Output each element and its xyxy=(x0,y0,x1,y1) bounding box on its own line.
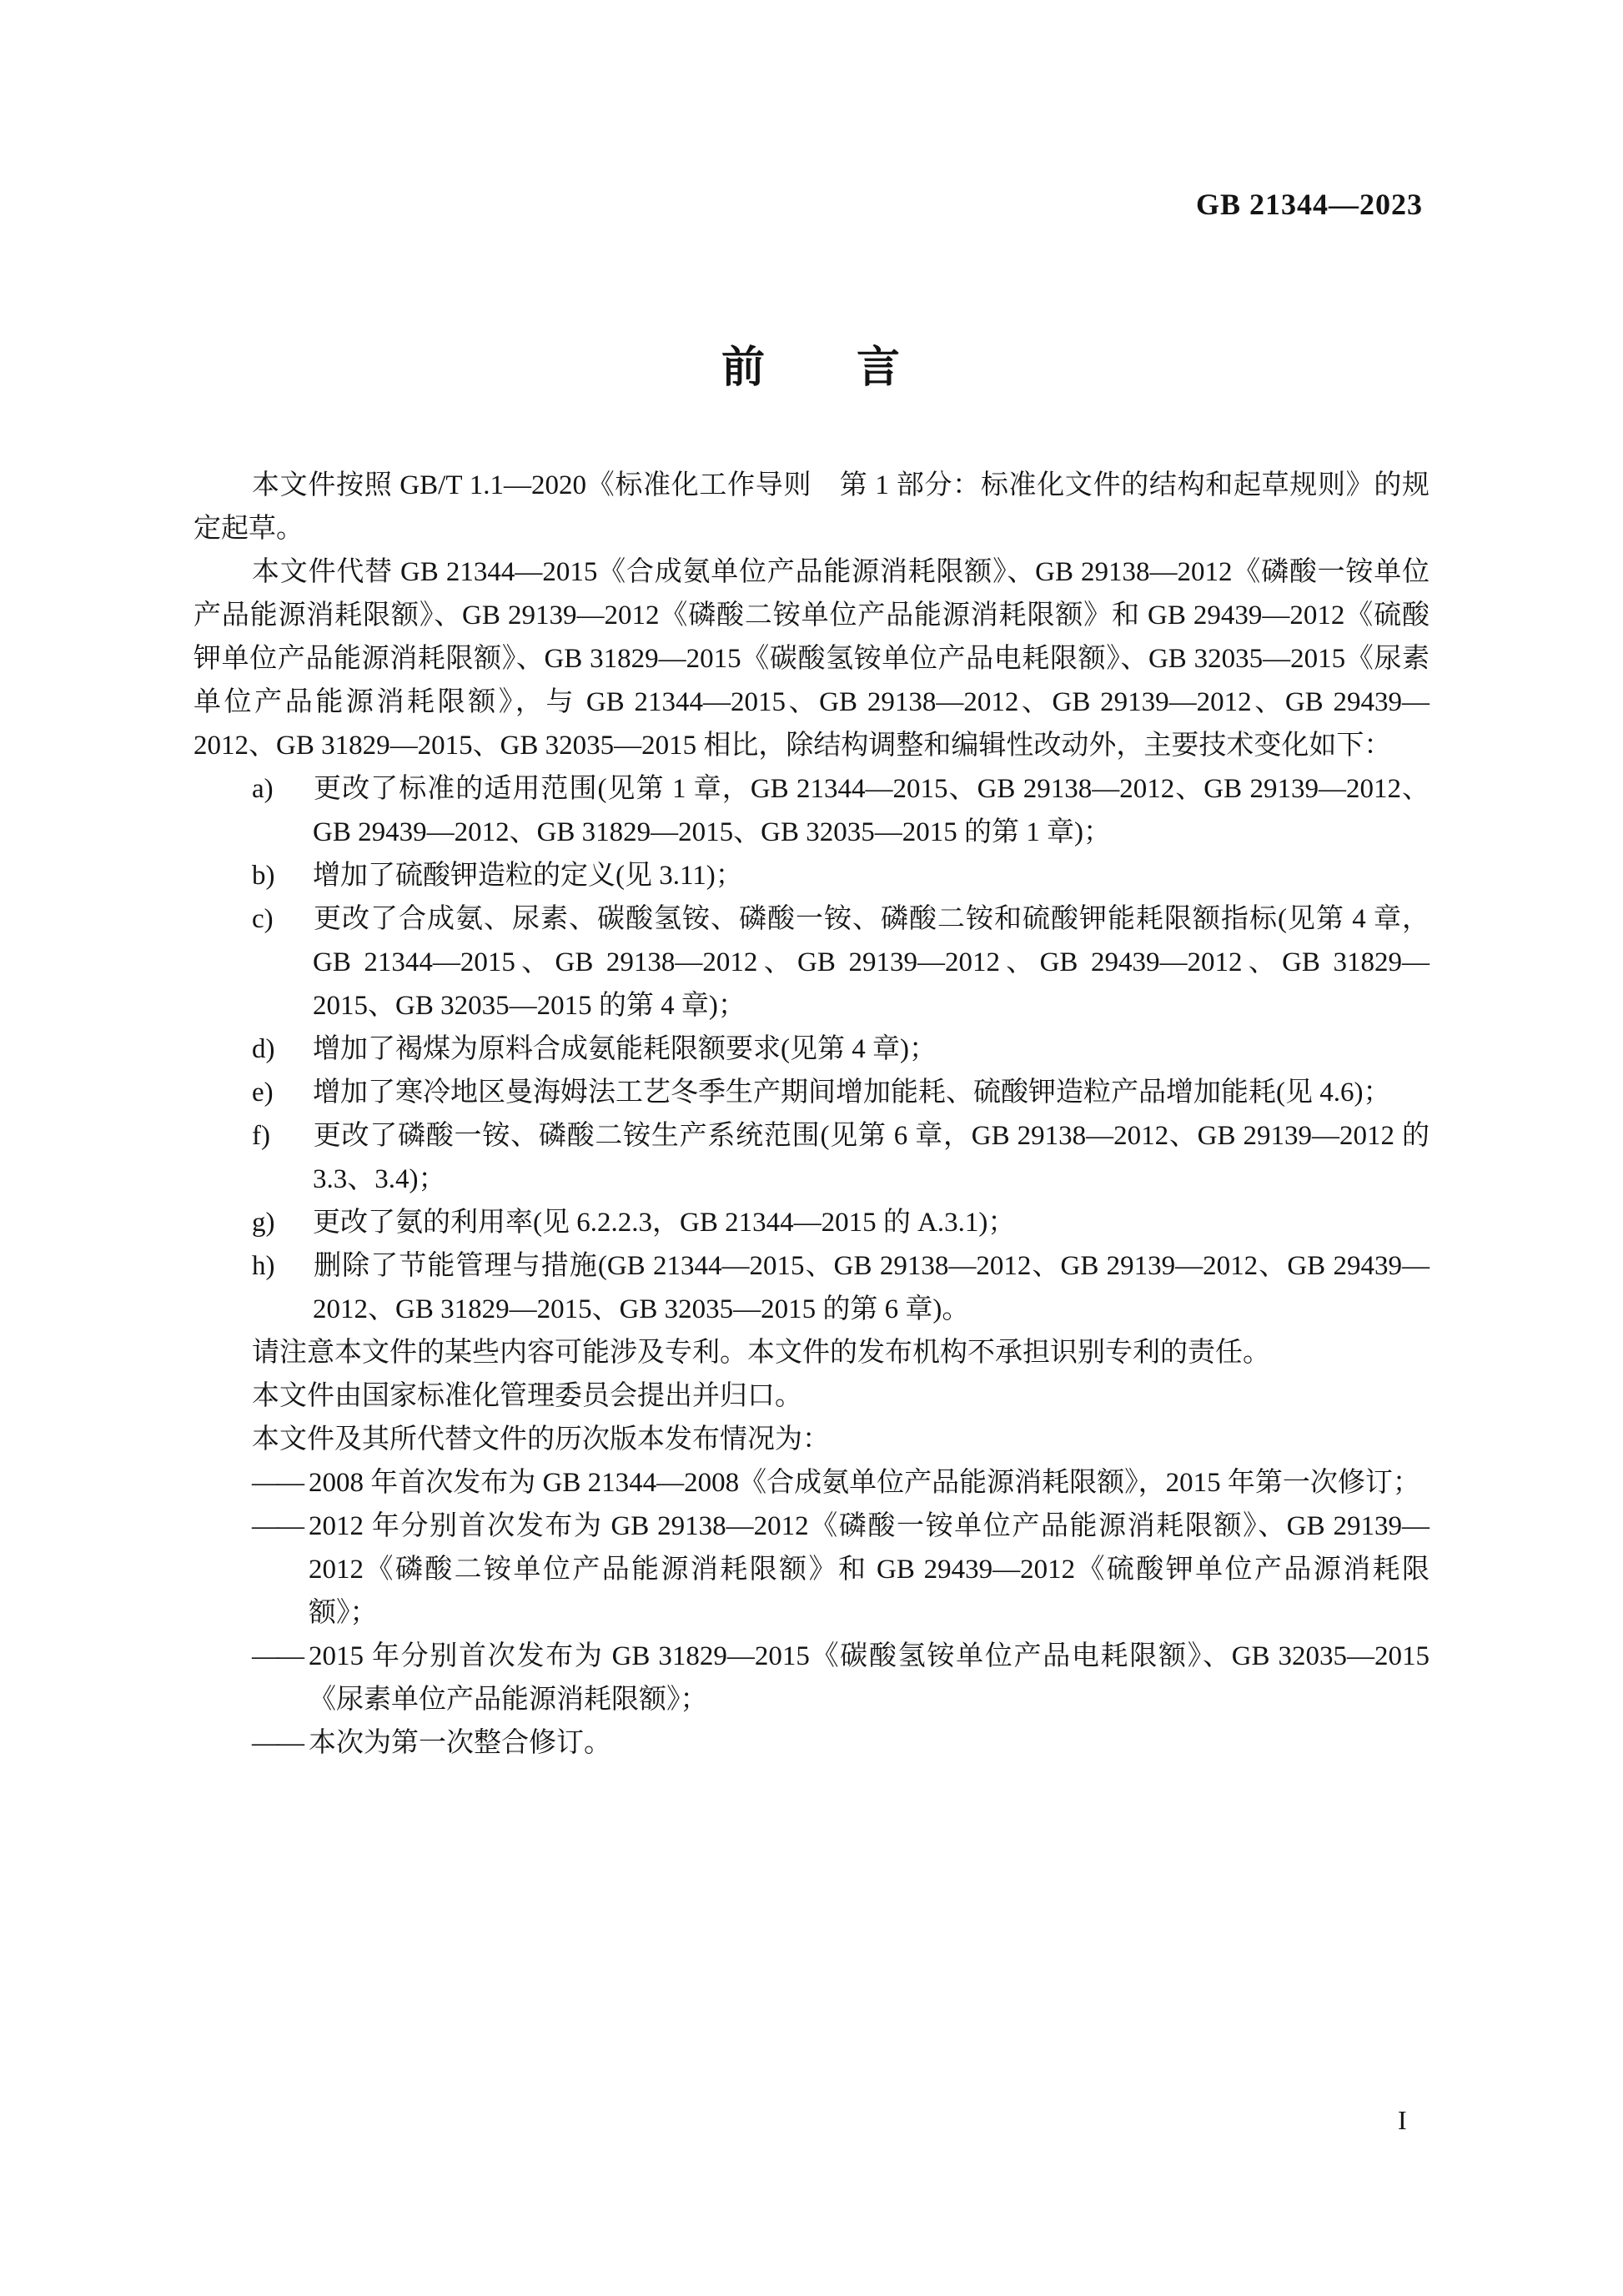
list-item-label: a) xyxy=(252,767,313,811)
list-item-text: 增加了硫酸钾造粒的定义(见 3.11)； xyxy=(313,861,743,891)
dash-marker: —— xyxy=(252,1721,309,1765)
document-page: GB 21344—2023 前 言 本文件按照 GB/T 1.1—2020《标准… xyxy=(0,0,1623,2296)
dash-marker: —— xyxy=(252,1505,309,1548)
history-item-text: 2015 年分别首次发布为 GB 31829—2015《碳酸氢铵单位产品电耗限额… xyxy=(309,1641,1430,1715)
foreword-body: 本文件按照 GB/T 1.1—2020《标准化工作导则 第 1 部分：标准化文件… xyxy=(193,464,1430,1765)
change-item-f: f)更改了磷酸一铵、磷酸二铵生产系统范围(见第 6 章，GB 29138—201… xyxy=(193,1114,1430,1201)
change-item-a: a)更改了标准的适用范围(见第 1 章，GB 21344—2015、GB 291… xyxy=(193,767,1430,854)
change-item-b: b)增加了硫酸钾造粒的定义(见 3.11)； xyxy=(193,854,1430,897)
history-item-2008: ——2008 年首次发布为 GB 21344—2008《合成氨单位产品能源消耗限… xyxy=(193,1461,1430,1505)
list-item-label: e) xyxy=(252,1071,313,1114)
list-item-text: 更改了氨的利用率(见 6.2.2.3，GB 21344—2015 的 A.3.1… xyxy=(313,1208,1015,1238)
page-number: I xyxy=(1398,2105,1407,2136)
history-item-2015: ——2015 年分别首次发布为 GB 31829—2015《碳酸氢铵单位产品电耗… xyxy=(193,1635,1430,1721)
change-item-e: e)增加了寒冷地区曼海姆法工艺冬季生产期间增加能耗、硫酸钾造粒产品增加能耗(见 … xyxy=(193,1071,1430,1114)
list-item-label: c) xyxy=(252,897,313,941)
foreword-title: 前 言 xyxy=(0,332,1623,394)
dash-marker: —— xyxy=(252,1635,309,1678)
list-item-label: f) xyxy=(252,1114,313,1158)
change-item-h: h)删除了节能管理与措施(GB 21344—2015、GB 29138—2012… xyxy=(193,1244,1430,1331)
history-item-text: 本次为第一次整合修订。 xyxy=(309,1728,611,1758)
paragraph-replaced-standards: 本文件代替 GB 21344—2015《合成氨单位产品能源消耗限额》、GB 29… xyxy=(193,550,1430,767)
list-item-label: d) xyxy=(252,1027,313,1071)
list-item-text: 更改了磷酸一铵、磷酸二铵生产系统范围(见第 6 章，GB 29138—2012、… xyxy=(313,1121,1430,1194)
history-item-2012: ——2012 年分别首次发布为 GB 29138—2012《磷酸一铵单位产品能源… xyxy=(193,1505,1430,1635)
list-item-text: 增加了褐煤为原料合成氨能耗限额要求(见第 4 章)； xyxy=(313,1034,937,1064)
list-item-text: 更改了标准的适用范围(见第 1 章，GB 21344—2015、GB 29138… xyxy=(313,774,1430,847)
list-item-text: 更改了合成氨、尿素、碳酸氢铵、磷酸一铵、磷酸二铵和硫酸钾能耗限额指标(见第 4 … xyxy=(313,904,1430,1021)
change-item-d: d)增加了褐煤为原料合成氨能耗限额要求(见第 4 章)； xyxy=(193,1027,1430,1071)
list-item-text: 删除了节能管理与措施(GB 21344—2015、GB 29138—2012、G… xyxy=(313,1251,1430,1324)
list-item-text: 增加了寒冷地区曼海姆法工艺冬季生产期间增加能耗、硫酸钾造粒产品增加能耗(见 4.… xyxy=(313,1078,1390,1108)
list-item-label: h) xyxy=(252,1244,313,1288)
list-item-label: b) xyxy=(252,854,313,897)
paragraph-drafting-basis: 本文件按照 GB/T 1.1—2020《标准化工作导则 第 1 部分：标准化文件… xyxy=(193,464,1430,550)
list-item-label: g) xyxy=(252,1201,313,1244)
paragraph-history-intro: 本文件及其所代替文件的历次版本发布情况为： xyxy=(193,1418,1430,1461)
change-item-g: g)更改了氨的利用率(见 6.2.2.3，GB 21344—2015 的 A.3… xyxy=(193,1201,1430,1244)
history-item-text: 2012 年分别首次发布为 GB 29138—2012《磷酸一铵单位产品能源消耗… xyxy=(309,1511,1430,1628)
paragraph-issuing-body: 本文件由国家标准化管理委员会提出并归口。 xyxy=(193,1374,1430,1418)
change-item-c: c)更改了合成氨、尿素、碳酸氢铵、磷酸一铵、磷酸二铵和硫酸钾能耗限额指标(见第 … xyxy=(193,897,1430,1027)
history-item-text: 2008 年首次发布为 GB 21344—2008《合成氨单位产品能源消耗限额》… xyxy=(309,1468,1420,1498)
dash-marker: —— xyxy=(252,1461,309,1505)
standard-number: GB 21344—2023 xyxy=(1196,187,1423,222)
paragraph-patent-notice: 请注意本文件的某些内容可能涉及专利。本文件的发布机构不承担识别专利的责任。 xyxy=(193,1331,1430,1374)
history-item-current-revision: ——本次为第一次整合修订。 xyxy=(193,1721,1430,1765)
